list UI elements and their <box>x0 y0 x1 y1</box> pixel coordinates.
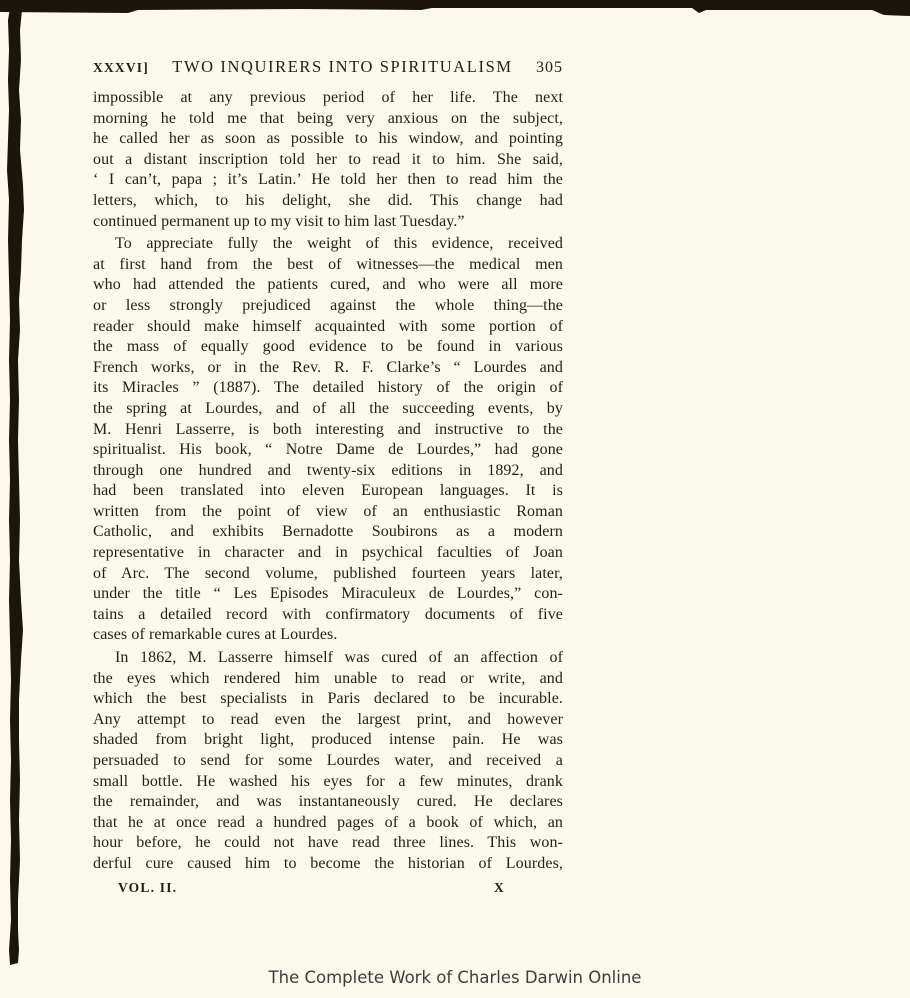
top-edge-artifact <box>0 0 910 16</box>
text-line: morning he told me that being very anxio… <box>93 109 563 130</box>
text-line: ‘ I can’t, papa ; it’s Latin.’ He told h… <box>93 170 563 191</box>
text-line: its Miracles ” (1887). The detailed hist… <box>93 378 563 399</box>
text-line: Any attempt to read even the largest pri… <box>93 710 563 731</box>
text-line: In 1862, M. Lasserre himself was cured o… <box>93 648 563 669</box>
watermark-caption: The Complete Work of Charles Darwin Onli… <box>0 968 910 987</box>
text-line: shaded from bright light, produced inten… <box>93 730 563 751</box>
text-line: that he at once read a hundred pages of … <box>93 813 563 834</box>
volume-label: VOL. II. <box>118 878 177 899</box>
text-line: the remainder, and was instantaneously c… <box>93 792 563 813</box>
text-line: through one hundred and twenty-six editi… <box>93 461 563 482</box>
text-line: which the best specialists in Paris decl… <box>93 689 563 710</box>
paragraph: To appreciate fully the weight of this e… <box>93 234 563 646</box>
text-block: impossible at any previous period of her… <box>93 88 563 898</box>
text-line: reader should make himself acquainted wi… <box>93 317 563 338</box>
text-line: out a distant inscription told her to re… <box>93 150 563 171</box>
text-line: hour before, he could not have read thre… <box>93 833 563 854</box>
text-line: who had attended the patients cured, and… <box>93 275 563 296</box>
text-line: French works, or in the Rev. R. F. Clark… <box>93 358 563 379</box>
text-line: continued permanent up to my visit to hi… <box>93 212 563 233</box>
text-line: spiritualist. His book, “ Notre Dame de … <box>93 440 563 461</box>
page-number: 305 <box>536 59 563 77</box>
text-line: impossible at any previous period of her… <box>93 88 563 109</box>
text-line: he called her as soon as possible to his… <box>93 129 563 150</box>
text-line: letters, which, to his delight, she did.… <box>93 191 563 212</box>
running-title: TWO INQUIRERS INTO SPIRITUALISM <box>172 57 512 77</box>
page-footer: VOL. II. X <box>93 875 563 899</box>
text-line: representative in character and in psych… <box>93 543 563 564</box>
text-line: or less strongly prejudiced against the … <box>93 296 563 317</box>
scanned-book-page: XXXVI] TWO INQUIRERS INTO SPIRITUALISM 3… <box>0 0 910 998</box>
paragraph: In 1862, M. Lasserre himself was cured o… <box>93 648 563 875</box>
text-line: cases of remarkable cures at Lourdes. <box>93 625 563 646</box>
text-line: tains a detailed record with confirmator… <box>93 605 563 626</box>
text-line: the eyes which rendered him unable to re… <box>93 669 563 690</box>
text-line: To appreciate fully the weight of this e… <box>93 234 563 255</box>
text-line: under the title “ Les Episodes Miraculeu… <box>93 584 563 605</box>
text-line: persuaded to send for some Lourdes water… <box>93 751 563 772</box>
text-line: the spring at Lourdes, and of all the su… <box>93 399 563 420</box>
text-line: at first hand from the best of witnesses… <box>93 255 563 276</box>
chapter-number: XXXVI] <box>93 60 149 76</box>
text-line: small bottle. He washed his eyes for a f… <box>93 772 563 793</box>
text-line: had been translated into eleven European… <box>93 481 563 502</box>
text-line: derful cure caused him to become the his… <box>93 854 563 875</box>
signature-mark: X <box>494 878 505 899</box>
text-line: of Arc. The second volume, published fou… <box>93 564 563 585</box>
paragraph: impossible at any previous period of her… <box>93 88 563 232</box>
text-line: M. Henri Lasserre, is both interesting a… <box>93 420 563 441</box>
left-edge-artifact <box>7 8 24 965</box>
text-line: Catholic, and exhibits Bernadotte Soubir… <box>93 522 563 543</box>
text-line: the mass of equally good evidence to be … <box>93 337 563 358</box>
page-header: XXXVI] TWO INQUIRERS INTO SPIRITUALISM 3… <box>93 57 563 77</box>
text-line: written from the point of view of an ent… <box>93 502 563 523</box>
